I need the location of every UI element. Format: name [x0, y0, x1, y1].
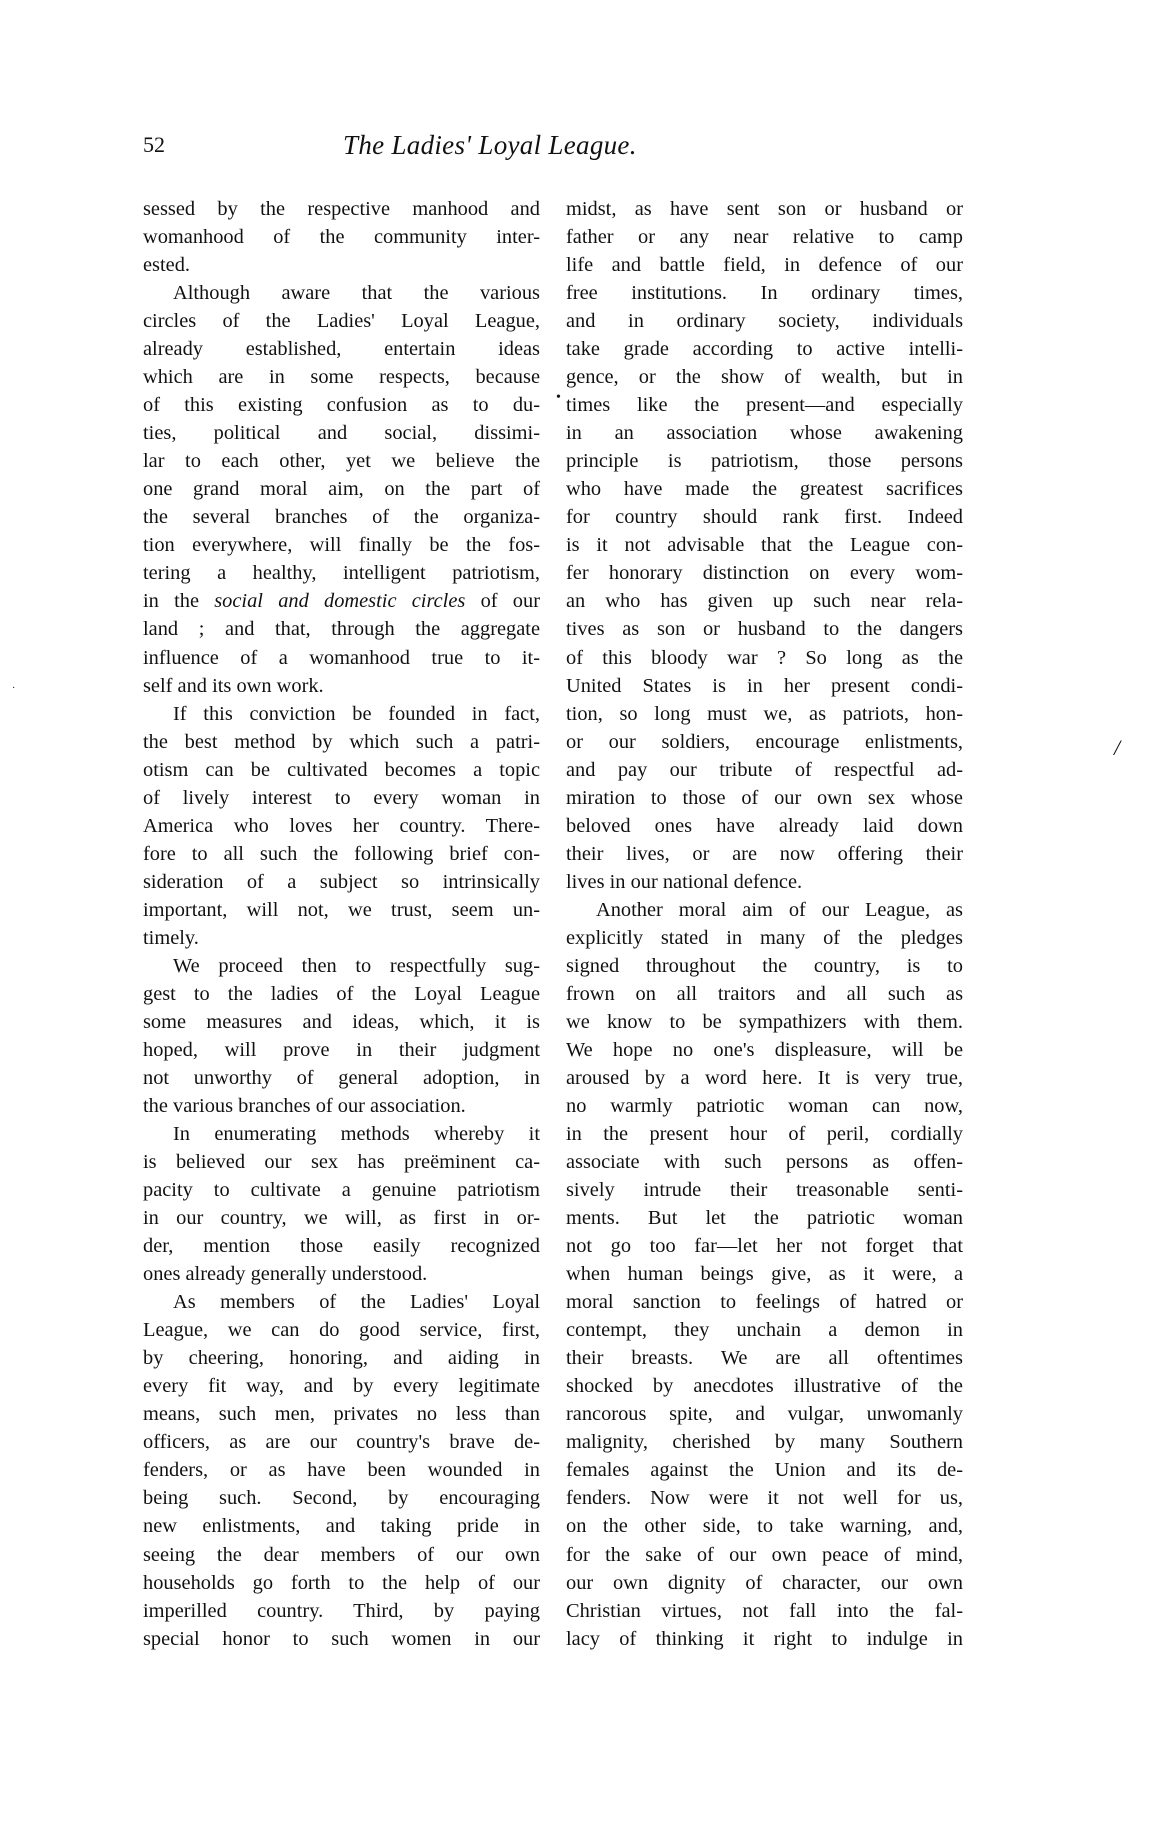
text-line: malignity, cherished by many Southern — [566, 1428, 963, 1456]
text-line: we know to be sympathizers with them. — [566, 1008, 963, 1036]
left-column: sessed by the respective manhood andwoma… — [143, 195, 540, 1653]
text-line: shocked by anecdotes illustrative of the — [566, 1372, 963, 1400]
text-line: hoped, will prove in their judgment — [143, 1036, 540, 1064]
text-line: some measures and ideas, which, it is — [143, 1008, 540, 1036]
text-line: being such. Second, by encouraging — [143, 1484, 540, 1512]
text-line: lacy of thinking it right to indulge in — [566, 1625, 963, 1653]
text-line: the several branches of the organiza- — [143, 503, 540, 531]
text-line: means, such men, privates no less than — [143, 1400, 540, 1428]
text-line: rancorous spite, and vulgar, unwomanly — [566, 1400, 963, 1428]
text-line: If this conviction be founded in fact, — [143, 700, 540, 728]
text-line: self and its own work. — [143, 672, 540, 700]
text-line: fenders. Now were it not well for us, — [566, 1484, 963, 1512]
document-page: 52 The Ladies' Loyal League. sessed by t… — [0, 0, 1152, 1825]
text-line: life and battle field, in defence of our — [566, 251, 963, 279]
text-line: households go forth to the help of our — [143, 1569, 540, 1597]
text-line: special honor to such women in our — [143, 1625, 540, 1653]
text-line: We hope no one's displeasure, will be — [566, 1036, 963, 1064]
text-line: and in ordinary society, individuals — [566, 307, 963, 335]
text-line: the various branches of our association. — [143, 1092, 540, 1120]
text-line: officers, as are our country's brave de- — [143, 1428, 540, 1456]
text-line: As members of the Ladies' Loyal — [143, 1288, 540, 1316]
text-line: principle is patriotism, those persons — [566, 447, 963, 475]
text-line: lives in our national defence. — [566, 868, 963, 896]
text-line: beloved ones have already laid down — [566, 812, 963, 840]
text-line: when human beings give, as it were, a — [566, 1260, 963, 1288]
text-line: ments. But let the patriotic woman — [566, 1204, 963, 1232]
text-line: in our country, we will, as first in or- — [143, 1204, 540, 1232]
text-line: by cheering, honoring, and aiding in — [143, 1344, 540, 1372]
text-line: seeing the dear members of our own — [143, 1541, 540, 1569]
text-line: not go too far—let her not forget that — [566, 1232, 963, 1260]
text-line: fer honorary distinction on every wom- — [566, 559, 963, 587]
text-line: signed throughout the country, is to — [566, 952, 963, 980]
text-line: an who has given up such near rela- — [566, 587, 963, 615]
margin-bullet-mark: • — [556, 390, 561, 406]
text-line: aroused by a word here. It is very true, — [566, 1064, 963, 1092]
text-line: in the social and domestic circles of ou… — [143, 587, 540, 615]
text-line: not unworthy of general adoption, in — [143, 1064, 540, 1092]
text-line: already established, entertain ideas — [143, 335, 540, 363]
text-line: is believed our sex has preëminent ca- — [143, 1148, 540, 1176]
text-line: United States is in her present condi- — [566, 672, 963, 700]
text-line: in an association whose awakening — [566, 419, 963, 447]
text-line: pacity to cultivate a genuine patriotism — [143, 1176, 540, 1204]
text-line: otism can be cultivated becomes a topic — [143, 756, 540, 784]
text-line: contempt, they unchain a demon in — [566, 1316, 963, 1344]
text-line: every fit way, and by every legitimate — [143, 1372, 540, 1400]
text-line: tives as son or husband to the dangers — [566, 615, 963, 643]
page-header: 52 The Ladies' Loyal League. — [143, 130, 971, 164]
text-line: America who loves her country. There- — [143, 812, 540, 840]
text-line: on the other side, to take warning, and, — [566, 1512, 963, 1540]
text-line: no warmly patriotic woman can now, — [566, 1092, 963, 1120]
text-line: fore to all such the following brief con… — [143, 840, 540, 868]
text-line: or our soldiers, encourage enlistments, — [566, 728, 963, 756]
text-line: take grade according to active intelli- — [566, 335, 963, 363]
text-line: imperilled country. Third, by paying — [143, 1597, 540, 1625]
text-line: miration to those of our own sex whose — [566, 784, 963, 812]
text-line: sideration of a subject so intrinsically — [143, 868, 540, 896]
text-line: free institutions. In ordinary times, — [566, 279, 963, 307]
text-line: lar to each other, yet we believe the — [143, 447, 540, 475]
text-line: of lively interest to every woman in — [143, 784, 540, 812]
text-line: females against the Union and its de- — [566, 1456, 963, 1484]
text-line: sively intrude their treasonable senti- — [566, 1176, 963, 1204]
text-line: who have made the greatest sacrifices — [566, 475, 963, 503]
text-line: important, will not, we trust, seem un- — [143, 896, 540, 924]
text-line: gence, or the show of wealth, but in — [566, 363, 963, 391]
emphasis-text: social and domestic circles — [214, 590, 465, 612]
text-line: ones already generally understood. — [143, 1260, 540, 1288]
right-column: midst, as have sent son or husband orfat… — [566, 195, 963, 1653]
text-line: frown on all traitors and all such as — [566, 980, 963, 1008]
text-line: of this existing confusion as to du- — [143, 391, 540, 419]
text-line: for country should rank first. Indeed — [566, 503, 963, 531]
text-line: Although aware that the various — [143, 279, 540, 307]
text-line: sessed by the respective manhood and — [143, 195, 540, 223]
text-line: gest to the ladies of the Loyal League — [143, 980, 540, 1008]
text-line: influence of a womanhood true to it- — [143, 644, 540, 672]
text-line: explicitly stated in many of the pledges — [566, 924, 963, 952]
text-line: their breasts. We are all oftentimes — [566, 1344, 963, 1372]
text-line: ested. — [143, 251, 540, 279]
text-line: der, mention those easily recognized — [143, 1232, 540, 1260]
text-line: and pay our tribute of respectful ad- — [566, 756, 963, 784]
text-line: our own dignity of character, our own — [566, 1569, 963, 1597]
text-line: Christian virtues, not fall into the fal… — [566, 1597, 963, 1625]
text-line: midst, as have sent son or husband or — [566, 195, 963, 223]
text-line: tion, so long must we, as patriots, hon- — [566, 700, 963, 728]
running-title: The Ladies' Loyal League. — [343, 130, 637, 161]
text-line: womanhood of the community inter- — [143, 223, 540, 251]
text-line: one grand moral aim, on the part of — [143, 475, 540, 503]
text-line: is it not advisable that the League con- — [566, 531, 963, 559]
text-line: the best method by which such a patri- — [143, 728, 540, 756]
page-number: 52 — [143, 132, 165, 158]
text-line: ties, political and social, dissimi- — [143, 419, 540, 447]
text-line: which are in some respects, because — [143, 363, 540, 391]
text-line: new enlistments, and taking pride in — [143, 1512, 540, 1540]
text-line: their lives, or are now offering their — [566, 840, 963, 868]
text-line: tering a healthy, intelligent patriotism… — [143, 559, 540, 587]
text-line: for the sake of our own peace of mind, — [566, 1541, 963, 1569]
text-line: in the present hour of peril, cordially — [566, 1120, 963, 1148]
text-line: of this bloody war ? So long as the — [566, 644, 963, 672]
margin-dot-mark: · — [12, 683, 15, 694]
text-line: League, we can do good service, first, — [143, 1316, 540, 1344]
text-line: associate with such persons as offen- — [566, 1148, 963, 1176]
text-line: moral sanction to feelings of hatred or — [566, 1288, 963, 1316]
margin-slash-mark: / — [1114, 735, 1120, 761]
text-line: land ; and that, through the aggregate — [143, 615, 540, 643]
text-line: father or any near relative to camp — [566, 223, 963, 251]
text-line: In enumerating methods whereby it — [143, 1120, 540, 1148]
text-line: We proceed then to respectfully sug- — [143, 952, 540, 980]
text-line: tion everywhere, will finally be the fos… — [143, 531, 540, 559]
text-line: fenders, or as have been wounded in — [143, 1456, 540, 1484]
text-line: circles of the Ladies' Loyal League, — [143, 307, 540, 335]
text-line: Another moral aim of our League, as — [566, 896, 963, 924]
text-line: timely. — [143, 924, 540, 952]
text-line: times like the present—and especially — [566, 391, 963, 419]
